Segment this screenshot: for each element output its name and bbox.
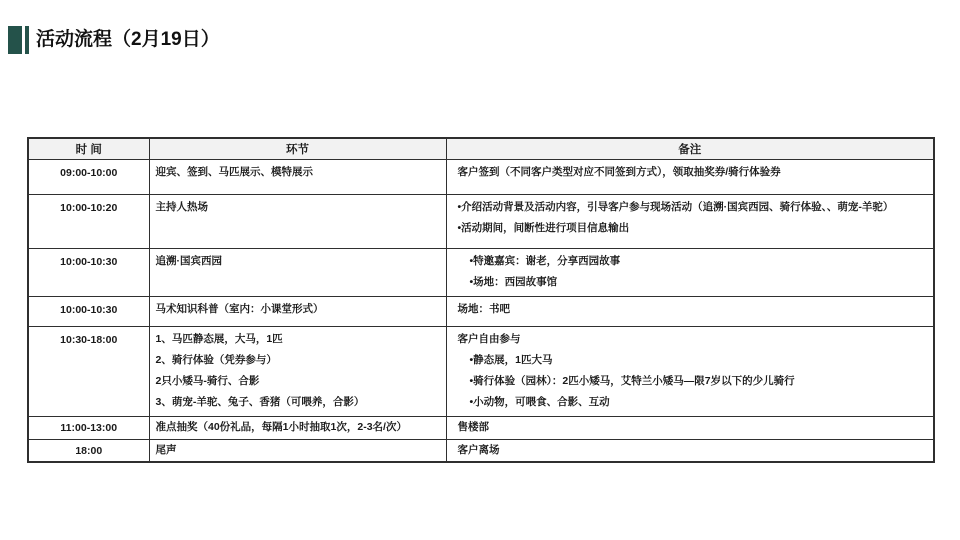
notes-cell: 客户自由参与 •静态展，1匹大马 •骑行体验（园林）：2匹小矮马，艾特兰小矮马—… — [446, 327, 934, 417]
time-cell: 10:00-10:30 — [28, 297, 149, 327]
time-cell: 10:00-10:30 — [28, 249, 149, 297]
slide-canvas: 活动流程（2月19日） 时 间 环节 备注 09:00-10:00 迎宾、签到、… — [0, 0, 960, 540]
table-row: 09:00-10:00 迎宾、签到、马匹展示、模特展示 客户签到（不同客户类型对… — [28, 160, 934, 195]
table-row: 11:00-13:00 准点抽奖（40份礼品，每隔1小时抽取1次，2-3名/次）… — [28, 417, 934, 440]
schedule-table: 时 间 环节 备注 09:00-10:00 迎宾、签到、马匹展示、模特展示 客户… — [27, 137, 935, 463]
notes-cell: 客户签到（不同客户类型对应不同签到方式），领取抽奖券/骑行体验券 — [446, 160, 934, 195]
col-header-segment: 环节 — [149, 138, 446, 160]
table-row: 10:00-10:30 马术知识科普（室内：小课堂形式） 场地：书吧 — [28, 297, 934, 327]
time-cell: 09:00-10:00 — [28, 160, 149, 195]
table-row: 18:00 尾声 客户离场 — [28, 440, 934, 463]
segment-cell: 1、马匹静态展，大马，1匹 2、骑行体验（凭券参与） 2只小矮马-骑行、合影 3… — [149, 327, 446, 417]
segment-cell: 马术知识科普（室内：小课堂形式） — [149, 297, 446, 327]
segment-cell: 迎宾、签到、马匹展示、模特展示 — [149, 160, 446, 195]
notes-cell: 客户离场 — [446, 440, 934, 463]
segment-cell: 尾声 — [149, 440, 446, 463]
segment-cell: 主持人热场 — [149, 195, 446, 249]
notes-cell: 售楼部 — [446, 417, 934, 440]
col-header-time: 时 间 — [28, 138, 149, 160]
page-title: 活动流程（2月19日） — [36, 25, 220, 55]
table-row: 10:30-18:00 1、马匹静态展，大马，1匹 2、骑行体验（凭券参与） 2… — [28, 327, 934, 417]
time-cell: 10:00-10:20 — [28, 195, 149, 249]
time-cell: 11:00-13:00 — [28, 417, 149, 440]
segment-cell: 追溯·国宾西园 — [149, 249, 446, 297]
segment-cell: 准点抽奖（40份礼品，每隔1小时抽取1次，2-3名/次） — [149, 417, 446, 440]
time-cell: 10:30-18:00 — [28, 327, 149, 417]
title-accent-bar — [8, 26, 22, 54]
header-row: 时 间 环节 备注 — [28, 138, 934, 160]
time-cell: 18:00 — [28, 440, 149, 463]
notes-cell: 场地：书吧 — [446, 297, 934, 327]
notes-cell: •特邀嘉宾：谢老，分享西园故事 •场地：西园故事馆 — [446, 249, 934, 297]
col-header-notes: 备注 — [446, 138, 934, 160]
table-row: 10:00-10:20 主持人热场 •介绍活动背景及活动内容，引导客户参与现场活… — [28, 195, 934, 249]
notes-cell: •介绍活动背景及活动内容，引导客户参与现场活动（追溯·国宾西园、骑行体验、、萌宠… — [446, 195, 934, 249]
title-accent-line — [25, 26, 29, 54]
table-row: 10:00-10:30 追溯·国宾西园 •特邀嘉宾：谢老，分享西园故事 •场地：… — [28, 249, 934, 297]
